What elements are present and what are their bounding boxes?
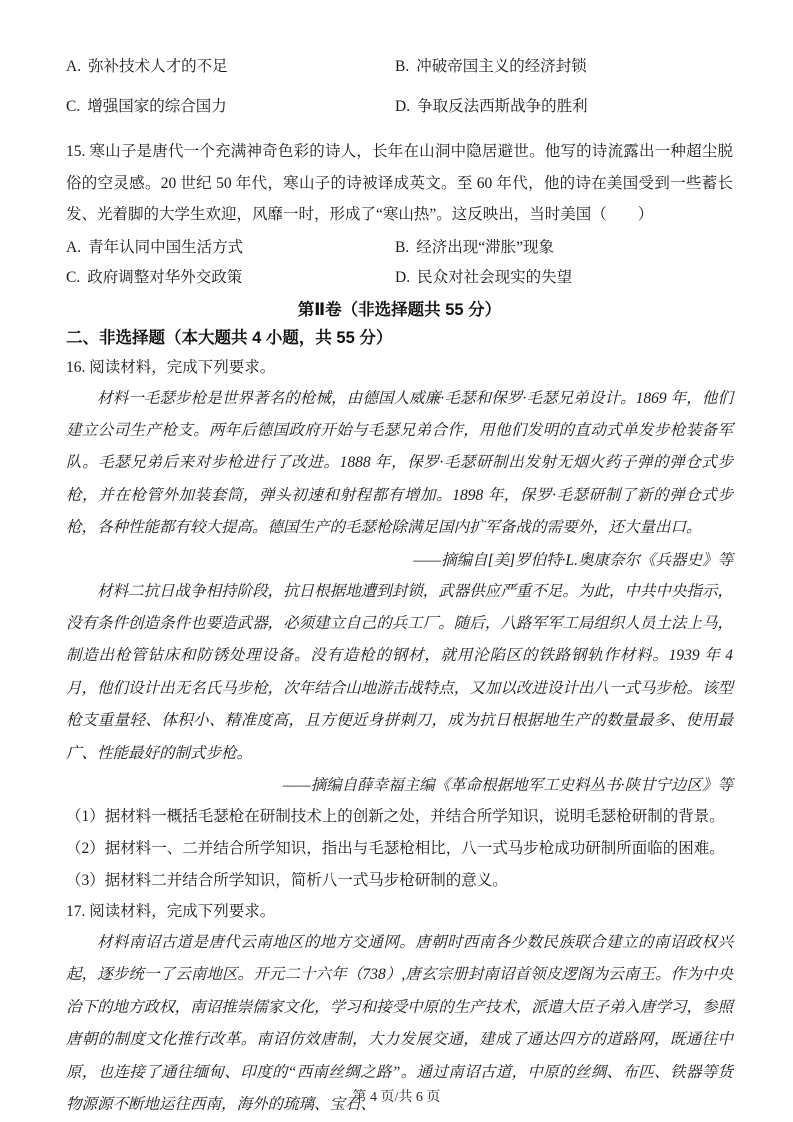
question-16-citation-1: ——摘编自[美]罗伯特·L.奥康奈尔《兵器史》等: [66, 545, 733, 576]
option-text: 冲破帝国主义的经济封锁: [416, 56, 587, 77]
q15-option-c: C. 政府调整对华外交政策: [66, 267, 395, 288]
question-16-subquestion-2: （2）据材料一、二并结合所学知识，指出与毛瑟枪相比，八一式马步枪成功研制所面临的…: [66, 833, 733, 865]
q14-option-a: A. 弥补技术人才的不足: [66, 56, 395, 77]
question-16-material-1: 材料一毛瑟步枪是世界著名的枪械，由德国人威廉·毛瑟和保罗·毛瑟兄弟设计。1869…: [66, 383, 733, 545]
question-16-intro: 16. 阅读材料，完成下列要求。: [66, 353, 733, 383]
option-key: C.: [66, 96, 80, 117]
option-key: D.: [395, 267, 410, 288]
question-17-intro: 17. 阅读材料，完成下列要求。: [66, 897, 733, 927]
option-key: C.: [66, 267, 80, 288]
option-key: A.: [66, 237, 81, 258]
exam-paper-page: A. 弥补技术人才的不足 B. 冲破帝国主义的经济封锁 C. 增强国家的综合国力…: [0, 0, 793, 1122]
option-key: B.: [395, 237, 409, 258]
q15-options-row-cd: C. 政府调整对华外交政策 D. 民众对社会现实的失望: [66, 267, 733, 288]
q15-option-a: A. 青年认同中国生活方式: [66, 237, 395, 258]
q15-option-b: B. 经济出现“滞胀”现象: [395, 237, 733, 258]
option-text: 民众对社会现实的失望: [417, 267, 572, 288]
section-2-title: 第Ⅱ卷（非选择题共 55 分）: [66, 297, 733, 323]
option-text: 政府调整对华外交政策: [87, 267, 242, 288]
page-number-footer: 第 4 页/共 6 页: [0, 1086, 793, 1106]
option-text: 弥补技术人才的不足: [88, 56, 228, 77]
option-text: 争取反法西斯战争的胜利: [417, 96, 588, 117]
question-16-material-2: 材料二抗日战争相持阶段，抗日根据地遭到封锁，武器供应严重不足。为此，中共中央指示…: [66, 576, 733, 770]
question-15-stem: 15. 寒山子是唐代一个充满神奇色彩的诗人，长年在山洞中隐居避世。他写的诗流露出…: [66, 136, 733, 231]
q15-options-row-ab: A. 青年认同中国生活方式 B. 经济出现“滞胀”现象: [66, 237, 733, 258]
question-16-subquestion-3: （3）据材料二并结合所学知识，简析八一式马步枪研制的意义。: [66, 865, 733, 897]
option-text: 青年认同中国生活方式: [88, 237, 243, 258]
question-16-citation-2: ——摘编自薛幸福主编《革命根据地军工史料丛书·陕甘宁边区》等: [66, 770, 733, 801]
option-text: 经济出现“滞胀”现象: [416, 237, 554, 258]
q14-option-b: B. 冲破帝国主义的经济封锁: [395, 56, 733, 77]
q14-options-row-ab: A. 弥补技术人才的不足 B. 冲破帝国主义的经济封锁: [66, 56, 733, 77]
q15-option-d: D. 民众对社会现实的失望: [395, 267, 733, 288]
question-16-subquestion-1: （1）据材料一概括毛瑟枪在研制技术上的创新之处，并结合所学知识，说明毛瑟枪研制的…: [66, 801, 733, 833]
option-key: B.: [395, 56, 409, 77]
q14-option-c: C. 增强国家的综合国力: [66, 96, 395, 117]
section-2-subtitle: 二、非选择题（本大题共 4 小题，共 55 分）: [66, 325, 733, 351]
q14-options-row-cd: C. 增强国家的综合国力 D. 争取反法西斯战争的胜利: [66, 96, 733, 117]
option-key: D.: [395, 96, 410, 117]
option-key: A.: [66, 56, 81, 77]
option-text: 增强国家的综合国力: [87, 96, 227, 117]
q14-option-d: D. 争取反法西斯战争的胜利: [395, 96, 733, 117]
